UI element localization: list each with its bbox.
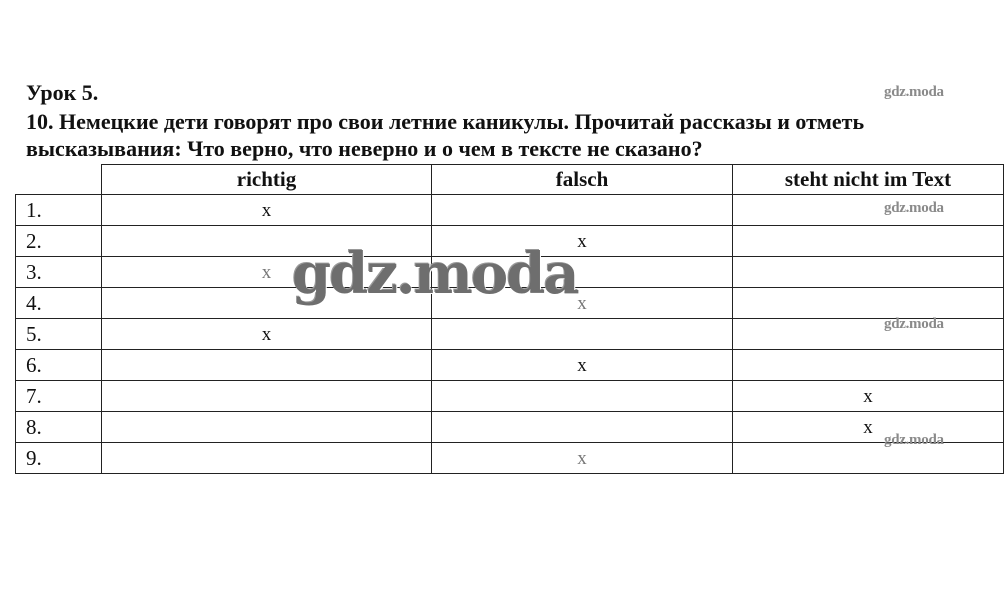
row-number: 1. — [16, 194, 102, 225]
row-number: 3. — [16, 256, 102, 287]
row-number: 7. — [16, 380, 102, 411]
check-mark: x — [577, 448, 587, 469]
table-row: 7.x — [16, 380, 1004, 411]
watermark-small: gdz.moda — [884, 200, 944, 217]
cell-falsch: x — [432, 442, 733, 473]
row-number: 4. — [16, 287, 102, 318]
cell-richtig — [102, 442, 432, 473]
check-mark: x — [863, 386, 873, 407]
watermark-large: gdz.moda — [292, 244, 578, 304]
watermark-small: gdz.moda — [884, 432, 944, 449]
cell-steht-nicht — [733, 194, 1004, 225]
row-number: 6. — [16, 349, 102, 380]
check-mark: x — [262, 262, 272, 283]
check-mark: x — [577, 355, 587, 376]
cell-falsch — [432, 411, 733, 442]
cell-steht-nicht — [733, 442, 1004, 473]
row-number: 8. — [16, 411, 102, 442]
cell-richtig — [102, 380, 432, 411]
cell-richtig: x — [102, 318, 432, 349]
check-mark: x — [577, 293, 587, 314]
answer-table: richtig falsch steht nicht im Text 1.x2.… — [15, 164, 1004, 474]
lesson-title: Урок 5. — [26, 80, 98, 106]
table-row: 9.x — [16, 442, 1004, 473]
row-number: 2. — [16, 225, 102, 256]
task-instruction: 10. Немецкие дети говорят про свои летни… — [26, 108, 1001, 162]
cell-steht-nicht — [733, 225, 1004, 256]
table-header-row: richtig falsch steht nicht im Text — [16, 165, 1004, 195]
cell-steht-nicht — [733, 256, 1004, 287]
cell-richtig: x — [102, 194, 432, 225]
cell-steht-nicht: x — [733, 380, 1004, 411]
row-number: 5. — [16, 318, 102, 349]
cell-steht-nicht: x — [733, 411, 1004, 442]
cell-richtig — [102, 349, 432, 380]
watermark-small: gdz.moda — [884, 84, 944, 101]
check-mark: x — [577, 231, 587, 252]
column-header-richtig: richtig — [102, 165, 432, 195]
check-mark: x — [262, 200, 272, 221]
cell-falsch — [432, 194, 733, 225]
watermark-small: gdz.moda — [884, 316, 944, 333]
check-mark: x — [863, 417, 873, 438]
cell-richtig — [102, 411, 432, 442]
table-row: 1.x — [16, 194, 1004, 225]
cell-steht-nicht — [733, 318, 1004, 349]
column-header-falsch: falsch — [432, 165, 733, 195]
cell-falsch: x — [432, 349, 733, 380]
check-mark: x — [262, 324, 272, 345]
table-row: 6.x — [16, 349, 1004, 380]
row-number: 9. — [16, 442, 102, 473]
table-row: 8.x — [16, 411, 1004, 442]
column-header-steht-nicht: steht nicht im Text — [733, 165, 1004, 195]
cell-steht-nicht — [733, 349, 1004, 380]
cell-steht-nicht — [733, 287, 1004, 318]
column-header-number — [16, 165, 102, 195]
cell-falsch — [432, 380, 733, 411]
table-row: 5.x — [16, 318, 1004, 349]
cell-falsch — [432, 318, 733, 349]
